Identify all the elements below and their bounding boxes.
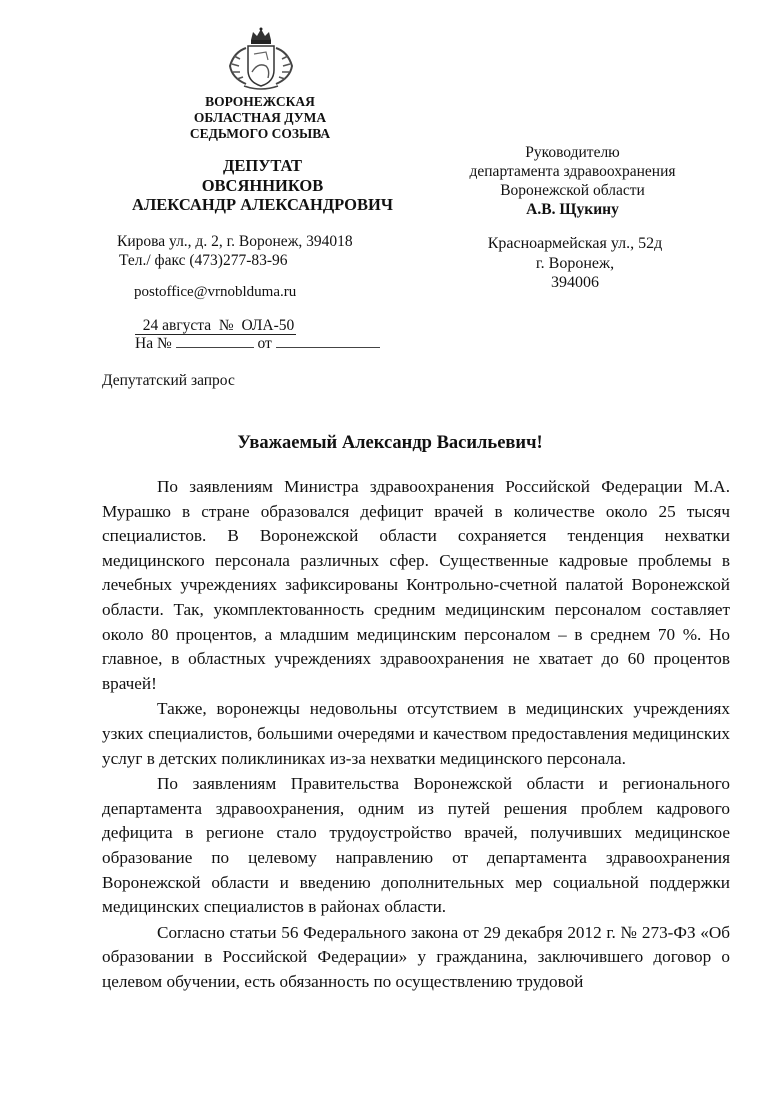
outgoing-number-block: 24 августа № ОЛА-50 На № от (135, 317, 380, 353)
addressee-name: А.В. Щукину (450, 200, 695, 219)
org-line: ОБЛАСТНАЯ ДУМА (150, 110, 370, 126)
org-line: ВОРОНЕЖСКАЯ (150, 94, 370, 110)
addressee-address: Красноармейская ул., 52д г. Воронеж, 394… (470, 234, 680, 293)
outgoing-number: ОЛА-50 (241, 317, 294, 334)
from-label: от (258, 335, 272, 352)
paragraph: Также, воронежцы недовольны отсутствием … (102, 697, 730, 771)
outgoing-number-label: № (219, 317, 234, 334)
salutation: Уважаемый Александр Васильевич! (100, 433, 680, 454)
reply-to-label: На № (135, 335, 172, 352)
paragraph: По заявлениям Министра здравоохранения Р… (102, 475, 730, 696)
sender-name: АЛЕКСАНДР АЛЕКСАНДРОВИЧ (110, 195, 415, 215)
address-line: г. Воронеж, (470, 254, 680, 274)
addressee-line: Руководителю (450, 143, 695, 162)
letter-body: По заявлениям Министра здравоохранения Р… (102, 475, 730, 994)
sender-surname: ОВСЯННИКОВ (110, 176, 415, 196)
address-line: Красноармейская ул., 52д (470, 234, 680, 254)
outgoing-date: 24 августа (143, 317, 211, 334)
paragraph: По заявлениям Правительства Воронежской … (102, 772, 730, 920)
addressee-line: департамента здравоохранения (450, 162, 695, 181)
addressee-line: Воронежской области (450, 181, 695, 200)
address-line: 394006 (470, 273, 680, 293)
paragraph: Согласно статьи 56 Федерального закона о… (102, 921, 730, 995)
sender-email: postoffice@vrnoblduma.ru (134, 284, 296, 301)
addressee-block: Руководителю департамента здравоохранени… (450, 143, 695, 219)
org-line: СЕДЬМОГО СОЗЫВА (150, 126, 370, 142)
sender-contacts: Кирова ул., д. 2, г. Воронеж, 394018 Тел… (117, 232, 353, 270)
organization-name: ВОРОНЕЖСКАЯ ОБЛАСТНАЯ ДУМА СЕДЬМОГО СОЗЫ… (150, 94, 370, 142)
request-type: Депутатский запрос (102, 372, 235, 390)
sender-address: Кирова ул., д. 2, г. Воронеж, 394018 (117, 232, 353, 251)
reply-to-date-blank (276, 335, 380, 348)
reply-to-number-blank (176, 335, 254, 348)
sender-phone: Тел./ факс (473)277-83-96 (117, 251, 353, 270)
coat-of-arms-icon (222, 26, 300, 96)
outgoing-reference: 24 августа № ОЛА-50 (135, 317, 296, 335)
sender-title: ДЕПУТАТ (110, 156, 415, 176)
sender-block: ДЕПУТАТ ОВСЯННИКОВ АЛЕКСАНДР АЛЕКСАНДРОВ… (110, 156, 415, 215)
